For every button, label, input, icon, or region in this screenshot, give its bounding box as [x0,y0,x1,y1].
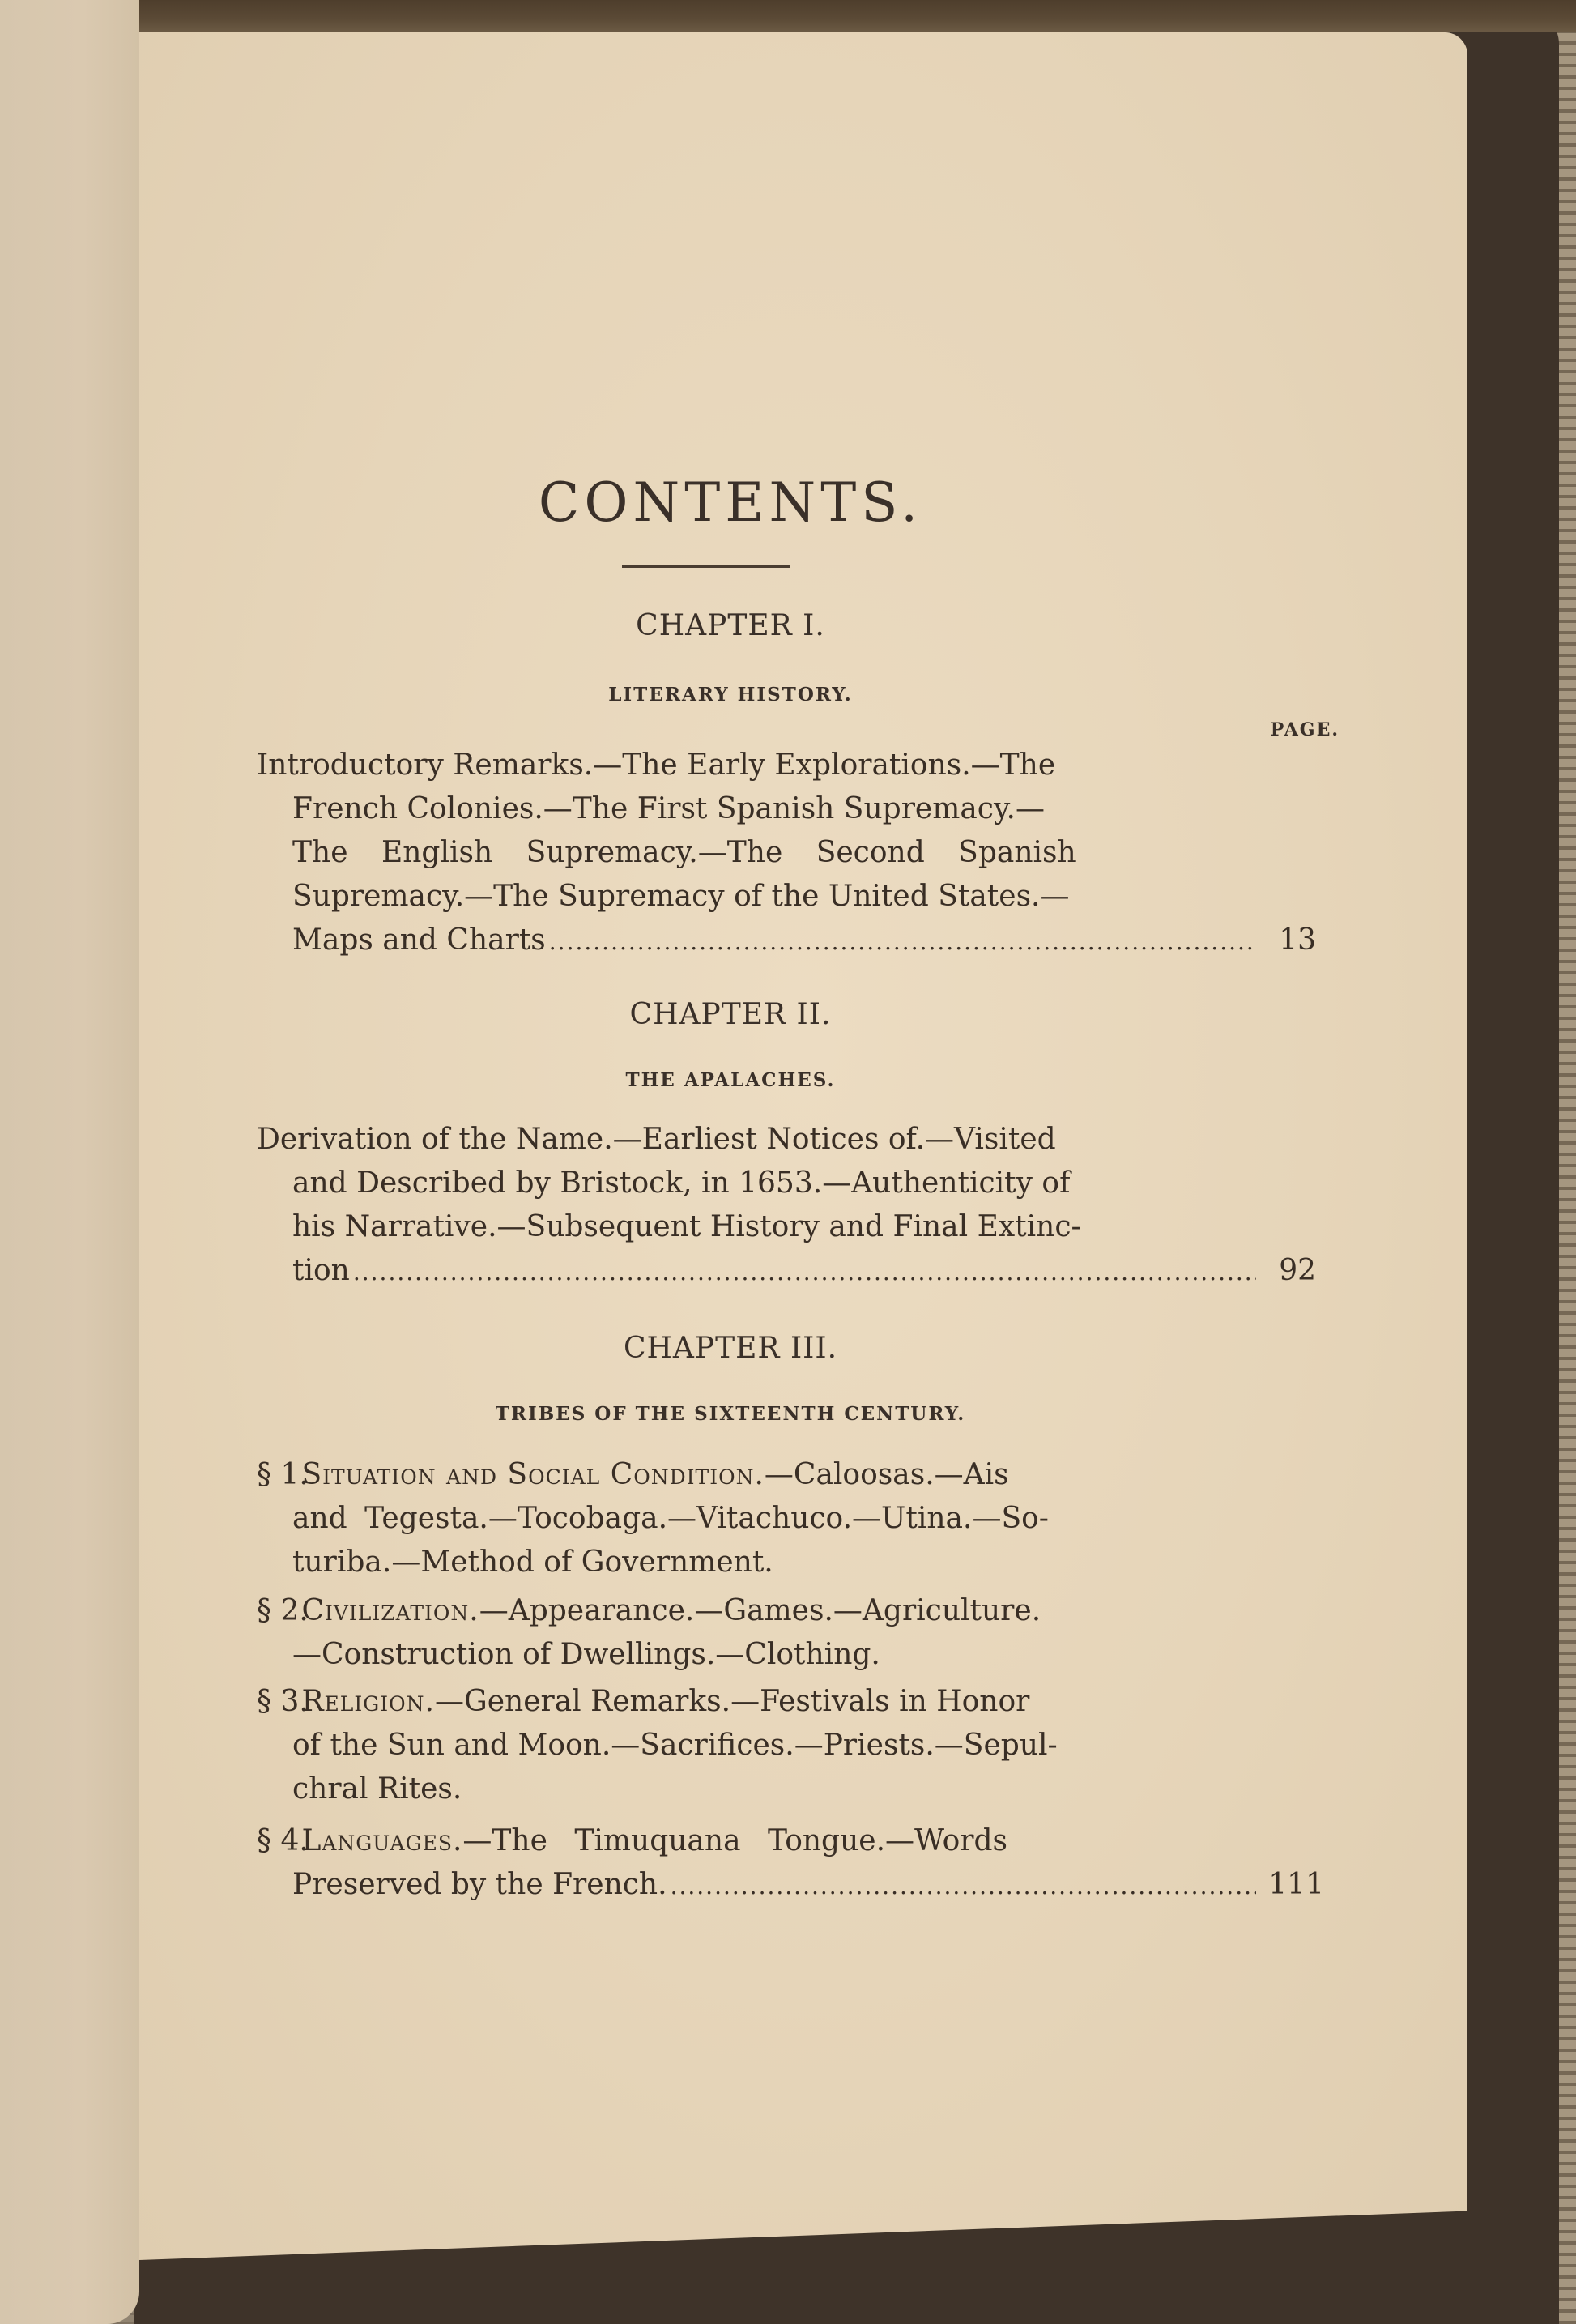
toc-leader-line[interactable]: Preserved by the French. ...............… [257,1863,1261,1907]
page-number: 111 [1268,1863,1324,1907]
section-mark: § 4. [257,1819,292,1863]
section-line: § 3. Religion.—General Remarks.—Festival… [257,1680,1261,1724]
section-label: Languages. [301,1824,462,1857]
chapter-2-entry: Derivation of the Name.—Earliest Notices… [257,1118,1261,1293]
wooden-table-top [138,0,1576,32]
chapter-3-section-3: § 3. Religion.—General Remarks.—Festival… [257,1680,1261,1811]
section-mark: § 2. [257,1589,292,1633]
chapter-1-subtitle: LITERARY HISTORY. [139,684,1322,706]
chapter-1-heading: CHAPTER I. [139,609,1322,642]
section-mark: § 1. [257,1453,292,1497]
leader-dots: ........................................… [353,1251,1256,1294]
toc-leader-line[interactable]: Maps and Charts ........................… [257,919,1261,962]
leader-dots: ........................................… [671,1865,1256,1908]
chapter-3-section-2: § 2. Civilization.—Appearance.—Games.—Ag… [257,1589,1261,1677]
entry-last-line: Preserved by the French. [292,1863,667,1907]
chapter-3-section-1: § 1. Situation and Social Condition.—Cal… [257,1453,1261,1584]
toc-leader-line[interactable]: tion ...................................… [257,1249,1261,1293]
section-text: —Appearance.—Games.—Agriculture. [479,1594,1041,1627]
section-line: § 4. Languages.—The Timuquana Tongue.—Wo… [257,1819,1261,1863]
entry-line: The English Supremacy.—The Second Spanis… [257,831,1261,875]
section-text: —Caloosas.—Ais [765,1458,1009,1491]
page-number: 92 [1279,1249,1316,1293]
chapter-2-subtitle: THE APALACHES. [139,1069,1322,1091]
section-text: —The Timuquana Tongue.—Words [462,1824,1007,1857]
entry-line: Derivation of the Name.—Earliest Notices… [257,1118,1261,1162]
entry-line: and Described by Bristock, in 1653.—Auth… [257,1162,1261,1205]
page-number: 13 [1279,919,1316,962]
chapter-2-heading: CHAPTER II. [139,998,1322,1031]
entry-line: turiba.—Method of Government. [257,1541,1261,1584]
section-label: Situation and Social Condition. [301,1458,764,1491]
entry-line: chral Rites. [257,1768,1261,1811]
entry-last-line: Maps and Charts [292,919,546,962]
title-rule-divider [622,565,790,568]
chapter-1-entry: Introductory Remarks.—The Early Explorat… [257,744,1261,962]
entry-line: Supremacy.—The Supremacy of the United S… [257,875,1261,919]
chapter-3-subtitle: TRIBES OF THE SIXTEENTH CENTURY. [139,1403,1322,1425]
page-column-label: PAGE. [1111,719,1340,740]
entry-line: his Narrative.—Subsequent History and Fi… [257,1205,1261,1249]
section-text: —General Remarks.—Festivals in Honor [435,1685,1029,1718]
page-title: CONTENTS. [139,471,1322,534]
chapter-3-section-4: § 4. Languages.—The Timuquana Tongue.—Wo… [257,1819,1261,1907]
entry-line: of the Sun and Moon.—Sacrifices.—Priests… [257,1724,1261,1768]
entry-line: French Colonies.—The First Spanish Supre… [257,787,1261,831]
section-label: Religion. [301,1685,435,1718]
entry-last-line: tion [292,1249,350,1293]
section-mark: § 3. [257,1680,292,1724]
entry-line: Introductory Remarks.—The Early Explorat… [257,744,1261,787]
entry-line: —Construction of Dwellings.—Clothing. [257,1633,1261,1677]
section-line: § 1. Situation and Social Condition.—Cal… [257,1453,1261,1497]
section-line: § 2. Civilization.—Appearance.—Games.—Ag… [257,1589,1261,1633]
left-facing-page [0,0,139,2324]
chapter-3-heading: CHAPTER III. [139,1332,1322,1365]
section-label: Civilization. [301,1594,479,1627]
leader-dots: ........................................… [549,920,1256,964]
entry-line: and Tegesta.—Tocobaga.—Vitachuco.—Utina.… [257,1497,1261,1541]
